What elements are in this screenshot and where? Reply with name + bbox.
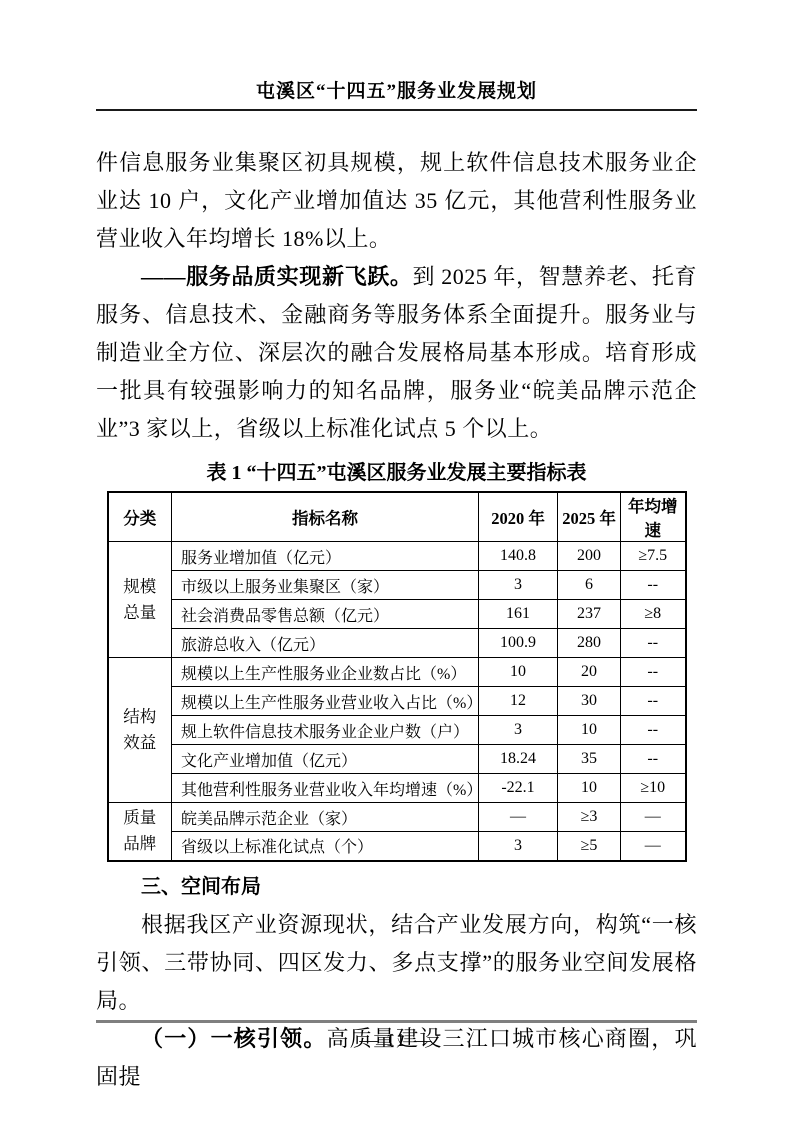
table-row: 省级以上标准化试点（个） 3 ≥5 — bbox=[108, 832, 686, 861]
category-cell: 结构效益 bbox=[108, 658, 172, 803]
header-2025: 2025 年 bbox=[558, 492, 621, 542]
indicator-cell: 规模以上生产性服务业企业数占比（%） bbox=[172, 658, 479, 687]
indicator-cell: 市级以上服务业集聚区（家） bbox=[172, 571, 479, 600]
value-2020-cell: — bbox=[479, 803, 558, 832]
value-2020-cell: 10 bbox=[479, 658, 558, 687]
paragraph-service-quality: ——服务品质实现新飞跃。到 2025 年，智慧养老、托育服务、信息技术、金融商务… bbox=[96, 258, 697, 448]
indicator-cell: 服务业增加值（亿元） bbox=[172, 542, 479, 571]
header-growth: 年均增速 bbox=[621, 492, 686, 542]
growth-cell: -- bbox=[621, 745, 686, 774]
value-2020-cell: 12 bbox=[479, 687, 558, 716]
indicator-cell: 旅游总收入（亿元） bbox=[172, 629, 479, 658]
indicators-table: 分类 指标名称 2020 年 2025 年 年均增速 规模总量 服务业增加值（亿… bbox=[107, 491, 687, 862]
indicator-cell: 规模以上生产性服务业营业收入占比（%） bbox=[172, 687, 479, 716]
footer-rule bbox=[96, 1020, 697, 1023]
page-number: — 11 — bbox=[96, 1030, 697, 1051]
paragraph-overview-text: 件信息服务业集聚区初具规模，规上软件信息技术服务业企业达 10 户，文化产业增加… bbox=[96, 150, 697, 251]
value-2025-cell: 20 bbox=[558, 658, 621, 687]
growth-cell: -- bbox=[621, 716, 686, 745]
value-2020-cell: 100.9 bbox=[479, 629, 558, 658]
paragraph-service-quality-rest: 到 2025 年，智慧养老、托育服务、信息技术、金融商务等服务体系全面提升。服务… bbox=[96, 264, 697, 441]
value-2025-cell: 30 bbox=[558, 687, 621, 716]
value-2020-cell: 140.8 bbox=[479, 542, 558, 571]
value-2025-cell: 280 bbox=[558, 629, 621, 658]
growth-cell: -- bbox=[621, 571, 686, 600]
header-2020: 2020 年 bbox=[479, 492, 558, 542]
table-row: 旅游总收入（亿元） 100.9 280 -- bbox=[108, 629, 686, 658]
table-row: 规上软件信息技术服务业企业户数（户） 3 10 -- bbox=[108, 716, 686, 745]
section-heading: 三、空间布局 bbox=[96, 872, 697, 902]
indicator-cell: 文化产业增加值（亿元） bbox=[172, 745, 479, 774]
page-footer: — 11 — bbox=[96, 1020, 697, 1051]
category-cell: 质量品牌 bbox=[108, 803, 172, 861]
document-page: 屯溪区“十四五”服务业发展规划 件信息服务业集聚区初具规模，规上软件信息技术服务… bbox=[0, 0, 793, 1122]
value-2025-cell: ≥5 bbox=[558, 832, 621, 861]
growth-cell: -- bbox=[621, 629, 686, 658]
table-row: 文化产业增加值（亿元） 18.24 35 -- bbox=[108, 745, 686, 774]
table-row: 社会消费品零售总额（亿元） 161 237 ≥8 bbox=[108, 600, 686, 629]
indicator-cell: 社会消费品零售总额（亿元） bbox=[172, 600, 479, 629]
table-row: 质量品牌 皖美品牌示范企业（家） — ≥3 — bbox=[108, 803, 686, 832]
header-rule bbox=[96, 109, 697, 111]
paragraph-overview: 件信息服务业集聚区初具规模，规上软件信息技术服务业企业达 10 户，文化产业增加… bbox=[96, 144, 697, 258]
table-header-row: 分类 指标名称 2020 年 2025 年 年均增速 bbox=[108, 492, 686, 542]
value-2020-cell: 3 bbox=[479, 832, 558, 861]
category-label: 结构效益 bbox=[122, 704, 158, 756]
value-2025-cell: 35 bbox=[558, 745, 621, 774]
header-category: 分类 bbox=[108, 492, 172, 542]
indicator-cell: 省级以上标准化试点（个） bbox=[172, 832, 479, 861]
category-label: 规模总量 bbox=[122, 574, 158, 626]
indicator-cell: 规上软件信息技术服务业企业户数（户） bbox=[172, 716, 479, 745]
indicator-cell: 皖美品牌示范企业（家） bbox=[172, 803, 479, 832]
growth-cell: -- bbox=[621, 687, 686, 716]
paragraph-spatial-layout-text: 根据我区产业资源现状，结合产业发展方向，构筑“一核引领、三带协同、四区发力、多点… bbox=[96, 912, 697, 1013]
table-row: 规模以上生产性服务业营业收入占比（%） 12 30 -- bbox=[108, 687, 686, 716]
indicator-cell: 其他营利性服务业营业收入年均增速（%） bbox=[172, 774, 479, 803]
growth-cell: ≥10 bbox=[621, 774, 686, 803]
value-2025-cell: 10 bbox=[558, 774, 621, 803]
value-2025-cell: 237 bbox=[558, 600, 621, 629]
growth-cell: ≥7.5 bbox=[621, 542, 686, 571]
value-2020-cell: 3 bbox=[479, 716, 558, 745]
table-row: 市级以上服务业集聚区（家） 3 6 -- bbox=[108, 571, 686, 600]
value-2025-cell: 6 bbox=[558, 571, 621, 600]
growth-cell: ≥8 bbox=[621, 600, 686, 629]
header-title: 屯溪区“十四五”服务业发展规划 bbox=[96, 80, 697, 104]
value-2025-cell: 10 bbox=[558, 716, 621, 745]
paragraph-service-quality-lead: ——服务品质实现新飞跃。 bbox=[141, 264, 413, 289]
category-cell: 规模总量 bbox=[108, 542, 172, 658]
value-2020-cell: 161 bbox=[479, 600, 558, 629]
document-body: 件信息服务业集聚区初具规模，规上软件信息技术服务业企业达 10 户，文化产业增加… bbox=[96, 144, 697, 1096]
table-row: 其他营利性服务业营业收入年均增速（%） -22.1 10 ≥10 bbox=[108, 774, 686, 803]
value-2020-cell: 3 bbox=[479, 571, 558, 600]
value-2025-cell: ≥3 bbox=[558, 803, 621, 832]
header-indicator: 指标名称 bbox=[172, 492, 479, 542]
table-row: 规模总量 服务业增加值（亿元） 140.8 200 ≥7.5 bbox=[108, 542, 686, 571]
table-row: 结构效益 规模以上生产性服务业企业数占比（%） 10 20 -- bbox=[108, 658, 686, 687]
paragraph-spatial-layout: 根据我区产业资源现状，结合产业发展方向，构筑“一核引领、三带协同、四区发力、多点… bbox=[96, 906, 697, 1020]
growth-cell: — bbox=[621, 832, 686, 861]
value-2025-cell: 200 bbox=[558, 542, 621, 571]
page-header: 屯溪区“十四五”服务业发展规划 bbox=[96, 0, 697, 111]
growth-cell: — bbox=[621, 803, 686, 832]
value-2020-cell: -22.1 bbox=[479, 774, 558, 803]
growth-cell: -- bbox=[621, 658, 686, 687]
value-2020-cell: 18.24 bbox=[479, 745, 558, 774]
table-title: 表 1 “十四五”屯溪区服务业发展主要指标表 bbox=[96, 458, 697, 488]
category-label: 质量品牌 bbox=[122, 805, 158, 857]
